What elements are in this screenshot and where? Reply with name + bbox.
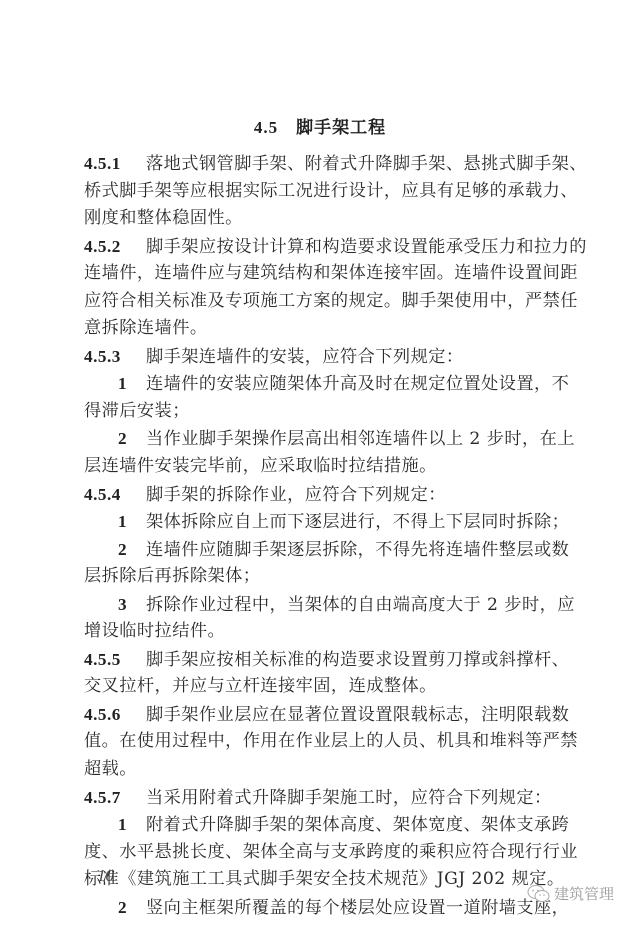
- line-text: 脚手架应按设计计算和构造要求设置能承受压力和拉力的: [146, 237, 587, 257]
- clause-number: 4.5.7: [84, 784, 146, 812]
- line-text: 桥式脚手架等应根据实际工况进行设计，应具有足够的承载力、: [84, 181, 578, 201]
- text-line: 交叉拉杆，并应与立杆连接牢固，连成整体。: [84, 673, 568, 701]
- text-line: 刚度和整体稳固性。: [84, 205, 568, 233]
- line-text: 连墙件，连墙件应与建筑结构和架体连接牢固。连墙件设置间距: [84, 263, 578, 283]
- clause-line: 4.5.2脚手架应按设计计算和构造要求设置能承受压力和拉力的: [84, 233, 568, 261]
- page-number: 10: [97, 866, 114, 886]
- line-text: 值。在使用过程中，作用在作业层上的人员、机具和堆料等严禁: [84, 731, 578, 751]
- text-line: 值。在使用过程中，作用在作业层上的人员、机具和堆料等严禁: [84, 728, 568, 756]
- clause-number: 4.5.1: [84, 150, 146, 178]
- clause-number: 4.5.2: [84, 233, 146, 261]
- item-number: 1: [118, 508, 146, 536]
- section-title: 4.5脚手架工程: [0, 113, 640, 138]
- item-number: 1: [118, 811, 146, 839]
- line-text: 标准《建筑施工工具式脚手架安全技术规范》JGJ 202 规定。: [84, 869, 565, 889]
- text-line: 超载。: [84, 756, 568, 784]
- text-line: 标准《建筑施工工具式脚手架安全技术规范》JGJ 202 规定。: [84, 866, 568, 894]
- line-text: 交叉拉杆，并应与立杆连接牢固，连成整体。: [84, 676, 437, 696]
- clause-number: 4.5.4: [84, 481, 146, 509]
- line-text: 脚手架作业层应在显著位置设置限载标志，注明限载数: [146, 705, 569, 725]
- wechat-icon: [527, 884, 551, 904]
- line-text: 附着式升降脚手架的架体高度、架体宽度、架体支承跨: [146, 815, 569, 835]
- line-text: 脚手架连墙件的安装，应符合下列规定：: [146, 347, 463, 367]
- text-line: 得滞后安装；: [84, 398, 568, 426]
- text-line: 度、水平悬挑长度、架体全高与支承跨度的乘积应符合现行行业: [84, 839, 568, 867]
- text-line: 层拆除后再拆除架体；: [84, 563, 568, 591]
- document-page: 4.5脚手架工程 4.5.1落地式钢管脚手架、附着式升降脚手架、悬挑式脚手架、桥…: [0, 0, 640, 927]
- item-number: 1: [118, 370, 146, 398]
- list-item-line: 1架体拆除应自上而下逐层进行，不得上下层同时拆除；: [84, 508, 568, 536]
- text-line: 增设临时拉结件。: [84, 618, 568, 646]
- list-item-line: 1连墙件的安装应随架体升高及时在规定位置处设置，不: [84, 370, 568, 398]
- text-line: 层连墙件安装完毕前，应采取临时拉结措施。: [84, 453, 568, 481]
- text-line: 连墙件，连墙件应与建筑结构和架体连接牢固。连墙件设置间距: [84, 260, 568, 288]
- line-text: 落地式钢管脚手架、附着式升降脚手架、悬挑式脚手架、: [146, 154, 587, 174]
- clause-number: 4.5.5: [84, 646, 146, 674]
- line-text: 得滞后安装；: [84, 401, 190, 421]
- section-title-text: 脚手架工程: [296, 118, 386, 138]
- list-item-line: 2连墙件应随脚手架逐层拆除，不得先将连墙件整层或数: [84, 536, 568, 564]
- watermark: 建筑管理: [527, 883, 614, 904]
- list-item-line: 1附着式升降脚手架的架体高度、架体宽度、架体支承跨: [84, 811, 568, 839]
- line-text: 脚手架的拆除作业，应符合下列规定：: [146, 485, 446, 505]
- list-item-line: 3拆除作业过程中，当架体的自由端高度大于 2 步时，应: [84, 591, 568, 619]
- item-number: 2: [118, 894, 146, 922]
- list-item-line: 2当作业脚手架操作层高出相邻连墙件以上 2 步时，在上: [84, 425, 568, 453]
- line-text: 连墙件应随脚手架逐层拆除，不得先将连墙件整层或数: [146, 540, 569, 560]
- text-line: 应符合相关标准及专项施工方案的规定。脚手架使用中，严禁任: [84, 288, 568, 316]
- line-text: 架体拆除应自上而下逐层进行，不得上下层同时拆除；: [146, 512, 569, 532]
- text-line: 意拆除连墙件。: [84, 315, 568, 343]
- item-number: 2: [118, 425, 146, 453]
- clause-line: 4.5.7当采用附着式升降脚手架施工时，应符合下列规定：: [84, 784, 568, 812]
- clause-line: 4.5.5脚手架应按相关标准的构造要求设置剪刀撑或斜撑杆、: [84, 646, 568, 674]
- line-text: 增设临时拉结件。: [84, 621, 225, 641]
- line-text: 度、水平悬挑长度、架体全高与支承跨度的乘积应符合现行行业: [84, 842, 578, 862]
- line-text: 竖向主框架所覆盖的每个楼层处应设置一道附墙支座，: [146, 898, 569, 918]
- list-item-line: 2竖向主框架所覆盖的每个楼层处应设置一道附墙支座，: [84, 894, 568, 922]
- text-line: 桥式脚手架等应根据实际工况进行设计，应具有足够的承载力、: [84, 178, 568, 206]
- line-text: 当作业脚手架操作层高出相邻连墙件以上 2 步时，在上: [146, 429, 575, 449]
- line-text: 当采用附着式升降脚手架施工时，应符合下列规定：: [146, 788, 552, 808]
- line-text: 拆除作业过程中，当架体的自由端高度大于 2 步时，应: [146, 595, 575, 615]
- item-number: 3: [118, 591, 146, 619]
- clause-line: 4.5.4脚手架的拆除作业，应符合下列规定：: [84, 481, 568, 509]
- watermark-text: 建筑管理: [554, 883, 614, 904]
- line-text: 脚手架应按相关标准的构造要求设置剪刀撑或斜撑杆、: [146, 650, 569, 670]
- clause-number: 4.5.3: [84, 343, 146, 371]
- document-body: 4.5.1落地式钢管脚手架、附着式升降脚手架、悬挑式脚手架、桥式脚手架等应根据实…: [84, 150, 568, 921]
- clause-line: 4.5.6脚手架作业层应在显著位置设置限载标志，注明限载数: [84, 701, 568, 729]
- clause-line: 4.5.3脚手架连墙件的安装，应符合下列规定：: [84, 343, 568, 371]
- line-text: 意拆除连墙件。: [84, 318, 207, 338]
- line-text: 超载。: [84, 759, 137, 779]
- item-number: 2: [118, 536, 146, 564]
- clause-number: 4.5.6: [84, 701, 146, 729]
- clause-line: 4.5.1落地式钢管脚手架、附着式升降脚手架、悬挑式脚手架、: [84, 150, 568, 178]
- line-text: 刚度和整体稳固性。: [84, 208, 243, 228]
- line-text: 连墙件的安装应随架体升高及时在规定位置处设置，不: [146, 374, 569, 394]
- line-text: 层连墙件安装完毕前，应采取临时拉结措施。: [84, 456, 437, 476]
- line-text: 应符合相关标准及专项施工方案的规定。脚手架使用中，严禁任: [84, 291, 578, 311]
- line-text: 层拆除后再拆除架体；: [84, 566, 260, 586]
- section-number: 4.5: [254, 118, 278, 137]
